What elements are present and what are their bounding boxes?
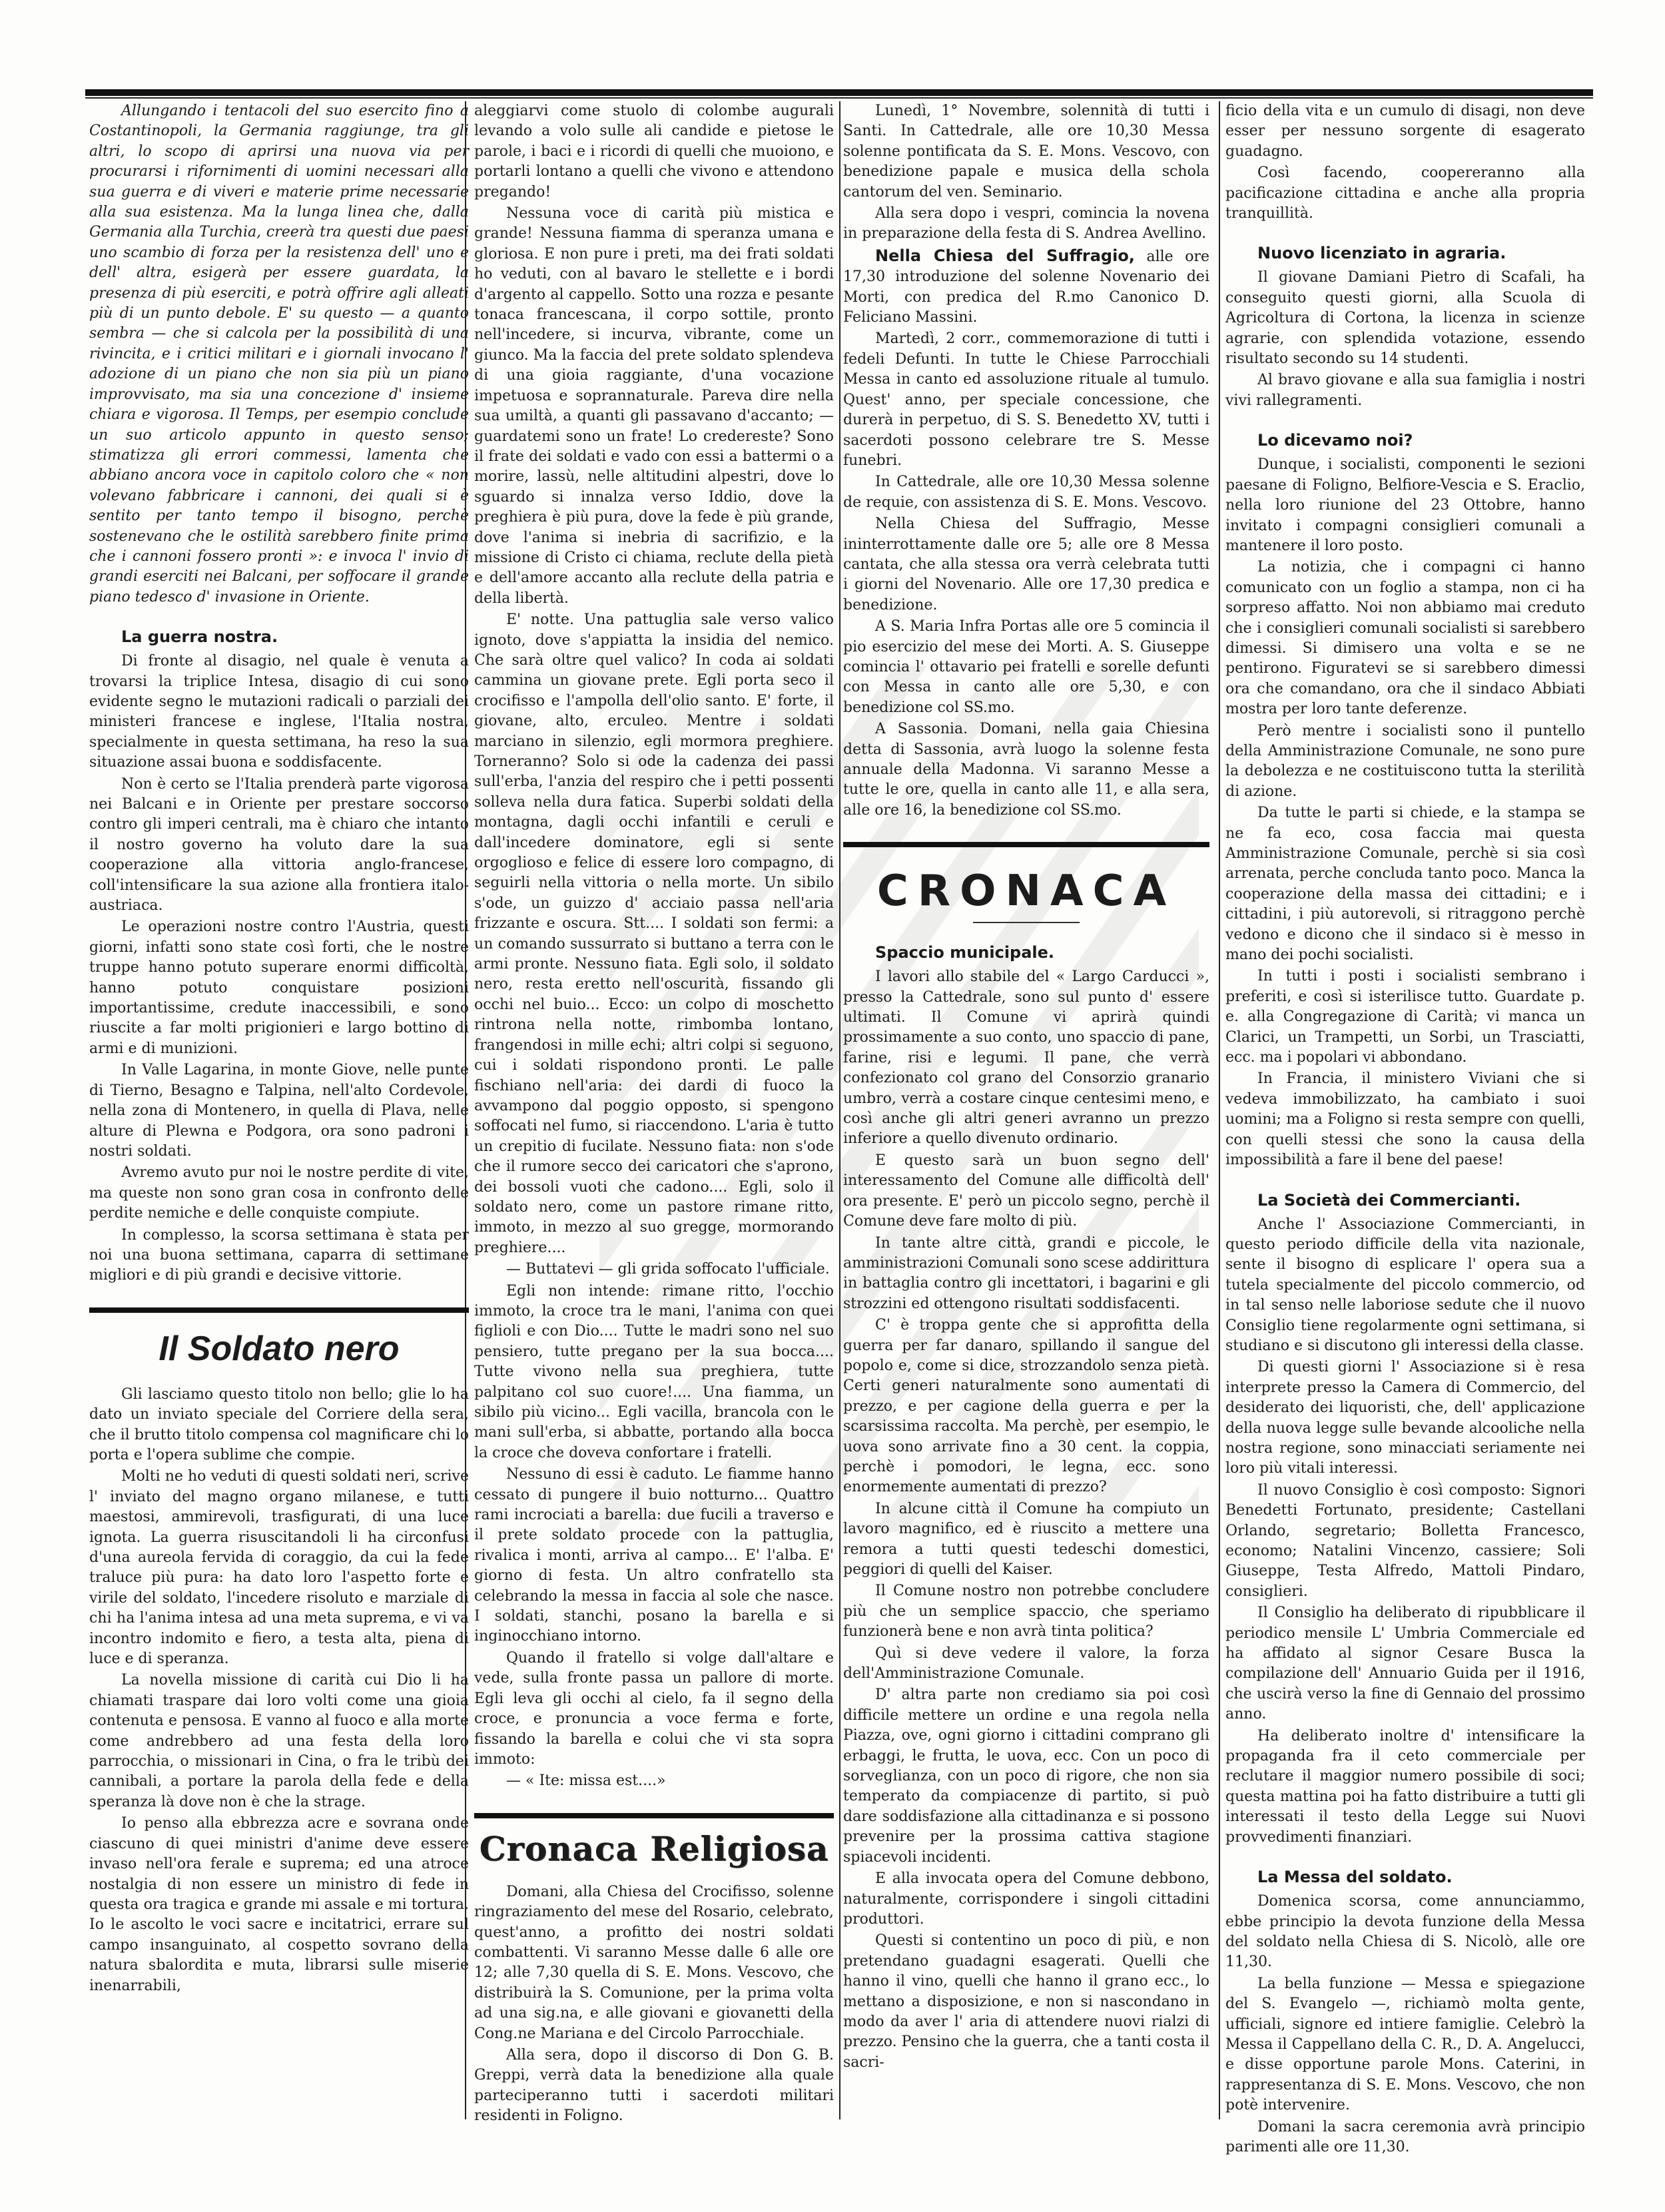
paragraph: In complesso, la scorsa settimana è stat… <box>89 1226 469 1286</box>
paragraph: Nella Chiesa del Suffragio, Messe ininte… <box>843 514 1209 615</box>
paragraph: Però mentre i socialisti sono il puntell… <box>1225 721 1585 803</box>
section-heading-messa-soldato: La Messa del soldato. <box>1257 1866 1585 1888</box>
column-1: Allungando i tentacoli del suo esercito … <box>89 101 469 1998</box>
article-title-soldato-nero: Il Soldato nero <box>89 1329 469 1369</box>
intro-paragraph: Allungando i tentacoli del suo esercito … <box>89 101 469 607</box>
paragraph: Le operazioni nostre contro l'Austria, q… <box>89 917 469 1059</box>
paragraph: In Francia, il ministero Viviani che si … <box>1225 1069 1585 1170</box>
paragraph: Il giovane Damiani Pietro di Scafali, ha… <box>1225 268 1585 369</box>
paragraph: Il Consiglio ha deliberato di ripubblica… <box>1225 1603 1585 1724</box>
section-title-cronaca: CRONACA <box>843 866 1209 917</box>
paragraph: Domani la sacra ceremonia avrà principio… <box>1225 2117 1585 2158</box>
paragraph: In Valle Lagarina, in monte Giove, nelle… <box>89 1060 469 1162</box>
paragraph: D' altra parte non crediamo sia poi così… <box>843 1685 1209 1868</box>
paragraph: Il Comune nostro non potrebbe concludere… <box>843 1581 1209 1642</box>
paragraph: E' notte. Una pattuglia sale verso valic… <box>474 610 834 1258</box>
column-3: Lunedì, 1° Novembre, solennità di tutti … <box>843 101 1209 2074</box>
paragraph: Il nuovo Consiglio è così composto: Sign… <box>1225 1481 1585 1602</box>
section-rule <box>474 1813 834 1818</box>
paragraph: Egli non intende: rimane ritto, l'occhio… <box>474 1282 834 1464</box>
paragraph: Ha deliberato inoltre d' intensificare l… <box>1225 1726 1585 1848</box>
paragraph: ficio della vita e un cumulo di disagi, … <box>1225 101 1585 162</box>
paragraph: A S. Maria Infra Portas alle ore 5 comin… <box>843 617 1209 718</box>
paragraph: Avremo avuto pur noi le nostre perdite d… <box>89 1163 469 1224</box>
paragraph: Anche l' Associazione Commercianti, in q… <box>1225 1215 1585 1357</box>
paragraph: Alla sera dopo i vespri, comincia la nov… <box>843 204 1209 244</box>
paragraph: Io penso alla ebbrezza acre e sovrana on… <box>89 1814 469 1996</box>
paragraph: — Buttatevi — gli grida soffocato l'uffi… <box>474 1260 834 1280</box>
paragraph: Da tutte le parti si chiede, e la stampa… <box>1225 803 1585 965</box>
section-heading-commercianti: La Società dei Commercianti. <box>1257 1190 1585 1211</box>
header-rule <box>85 89 1593 96</box>
paragraph: E questo sarà un buon segno dell' intere… <box>843 1151 1209 1232</box>
paragraph: Non è certo se l'Italia prenderà parte v… <box>89 775 469 917</box>
paragraph: Lunedì, 1° Novembre, solennità di tutti … <box>843 101 1209 202</box>
column-2: aleggiarvi come stuolo di colombe augura… <box>474 101 834 2128</box>
column-divider <box>839 101 840 2119</box>
section-heading-agraria: Nuovo licenziato in agraria. <box>1257 242 1585 264</box>
section-heading-guerra: La guerra nostra. <box>121 626 469 647</box>
column-4: ficio della vita e un cumulo di disagi, … <box>1225 101 1585 2159</box>
section-heading-dicevamo: Lo dicevamo noi? <box>1257 430 1585 451</box>
paragraph: Domenica scorsa, come annunciammo, ebbe … <box>1225 1892 1585 1973</box>
section-rule <box>843 842 1209 847</box>
paragraph: Domani, alla Chiesa del Crocifisso, sole… <box>474 1882 834 2044</box>
bold-lead: Nella Chiesa del Suffragio, <box>875 246 1135 265</box>
paragraph: In tutti i posti i socialisti sembrano i… <box>1225 966 1585 1068</box>
paragraph: Nessuna voce di carità più mistica e gra… <box>474 204 834 609</box>
paragraph: La bella funzione — Messa e spiegazione … <box>1225 1974 1585 2116</box>
paragraph: Molti ne ho veduti di questi soldati ner… <box>89 1467 469 1669</box>
section-title-cronaca-religiosa: Cronaca Religiosa <box>474 1829 834 1869</box>
column-divider <box>1219 101 1220 2119</box>
paragraph: Dunque, i socialisti, componenti le sezi… <box>1225 455 1585 556</box>
paragraph: Di fronte al disagio, nel quale è venuta… <box>89 651 469 773</box>
paragraph: C' è troppa gente che si approfitta dell… <box>843 1315 1209 1498</box>
paragraph: Questi si contentino un poco di più, e n… <box>843 1931 1209 2073</box>
ornament-flourish <box>973 922 1080 923</box>
paragraph: — « Ite: missa est....» <box>474 1771 834 1791</box>
paragraph: Così facendo, coopereranno alla pacifica… <box>1225 163 1585 224</box>
paragraph: Martedì, 2 corr., commemorazione di tutt… <box>843 329 1209 471</box>
paragraph: Alla sera, dopo il discorso di Don G. B.… <box>474 2045 834 2127</box>
paragraph: Al bravo giovane e alla sua famiglia i n… <box>1225 370 1585 411</box>
paragraph-suffragio: Nella Chiesa del Suffragio, alle ore 17,… <box>843 246 1209 328</box>
paragraph: In tante altre città, grandi e piccole, … <box>843 1234 1209 1315</box>
paragraph: La notizia, che i compagni ci hanno comu… <box>1225 557 1585 719</box>
paragraph: aleggiarvi come stuolo di colombe augura… <box>474 101 834 202</box>
paragraph: In Cattedrale, alle ore 10,30 Messa sole… <box>843 472 1209 513</box>
header-rule-thin <box>85 97 1593 99</box>
paragraph: La novella missione di carità cui Dio li… <box>89 1670 469 1812</box>
paragraph: Gli lasciamo questo titolo non bello; gl… <box>89 1385 469 1466</box>
paragraph: Quì si deve vedere il valore, la forza d… <box>843 1644 1209 1684</box>
paragraph: Di questi giorni l' Associazione si è re… <box>1225 1357 1585 1479</box>
paragraph: I lavori allo stabile del « Largo Carduc… <box>843 967 1209 1150</box>
paragraph: Nessuno di essi è caduto. Le fiamme hann… <box>474 1465 834 1647</box>
paragraph: Quando il fratello si volge dall'altare … <box>474 1649 834 1770</box>
section-rule <box>89 1307 469 1313</box>
paragraph: E alla invocata opera del Comune debbono… <box>843 1869 1209 1930</box>
section-heading-spaccio: Spaccio municipale. <box>875 942 1209 963</box>
paragraph: A Sassonia. Domani, nella gaia Chiesina … <box>843 719 1209 821</box>
intro-article: Allungando i tentacoli del suo esercito … <box>89 101 469 607</box>
paragraph: In alcune città il Comune ha compiuto un… <box>843 1499 1209 1581</box>
